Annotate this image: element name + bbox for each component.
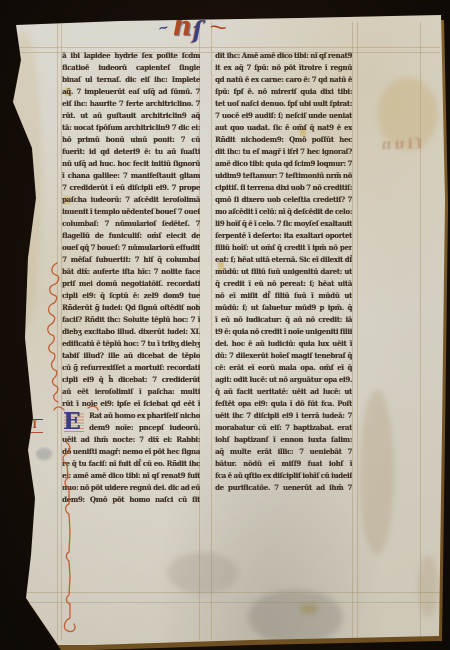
initial-adjacent-lines: Rat aū homo ex phariſeiſ nichodem9 noīe:… — [89, 410, 200, 434]
text-line: edificatū ē tēplū hoc: 7 tu ī tribʒ dieb… — [62, 338, 200, 350]
text-line: faciſ? Rñdit ihc: Soluite tēplū hoc: 7 ī… — [62, 314, 200, 326]
paragraph-john2: ā ibi lapidee hydrie ſex poſite ſcdm pur… — [62, 50, 200, 410]
text-line: rūt. ut aū guſtauit architriclin9 aq̄ ui… — [62, 110, 200, 122]
ruling-line — [16, 592, 440, 593]
text-line: filiū hoīſ: ut om̄ſ q̄ credit ī ipm̄ nō … — [215, 242, 352, 254]
text-line: aq̄ multe erāt illic: 7 ueniebāt 7 bapti… — [215, 446, 352, 458]
text-line: iohſ baptizanſ ī ennon iuxta ſalim: quia — [215, 434, 352, 446]
running-header-letter-s: ſ — [193, 18, 203, 44]
text-line: inuenit ī templo uēdenteſ boueſ 7 oueſ 7 — [62, 206, 200, 218]
text-line: dem9: Qmō pōt homo naſci cū ſit ſenex? R… — [62, 494, 200, 506]
text-line: eiſ ihc: haurite 7 ferte architriclino. … — [62, 98, 200, 110]
text-line: morabatur cū eiſ: 7 baptizabat. erat aū … — [215, 422, 352, 434]
text-line: li9 hoīſ q̄ ē ī celo. 7 ſic moyſeſ exalt… — [215, 218, 352, 230]
text-line: ī chana galilee: 7 manifeſtauit gliam ſu… — [62, 170, 200, 182]
text-line: uidim9 teſtamur: 7 teſtimoniū nrm̄ nō ac — [215, 170, 352, 182]
text-line: bāt dix̄: auferte iſta hīc: 7 nolite fac… — [62, 266, 200, 278]
ghost-offset-text: ſiun — [350, 133, 423, 159]
manuscript-leaf: ~ h ſ ~ ā ibi lapidee hydrie ſex poſite … — [0, 0, 450, 650]
text-line: dō ueniſti magr̄: nemo eī pōt hec ſigna … — [62, 446, 200, 458]
text-line: uēit ad ihm̄ nocte: 7 dix̄ ei: Rabbi: ſc… — [62, 434, 200, 446]
running-header: ~ h ſ ~ — [158, 12, 268, 52]
text-line: cipli ei9: q̄ ſcptū ē: zel9 dom9 tue com… — [62, 290, 200, 302]
text-line: dit ihc: Amē amē dico tibi: nī qſ renat9… — [215, 50, 352, 62]
stain — [168, 552, 238, 594]
text-line: mūdū: ſ; ut ſaluetur mūd9 p ipm̄. q̄ cre… — [215, 302, 352, 314]
text-line: Rñderūt g̃ iudei: Qd ſignū oſtēdiſ nob q… — [62, 302, 200, 314]
stain — [360, 390, 394, 555]
text-line: ſerpentē ī deſerto: ita exaltari oportet — [215, 230, 352, 242]
ruling-line — [420, 22, 421, 640]
stain — [248, 590, 343, 644]
text-line: nō eī miſit dſ̄ filiū ſuū ī mūdū ut iudi… — [215, 290, 352, 302]
text-line: tā: uocat ſpōſum architriclin9 7 dic ei:… — [62, 122, 200, 134]
text-line: oueſ qq̄ 7 boueſ: 7 nūmulariorū effudit … — [62, 242, 200, 254]
ruling-line — [16, 602, 440, 603]
text-line: bātur. nōdū eī miſſ9 fuat iohſ ī carcerē… — [215, 458, 352, 470]
running-header-letter-h: h — [173, 12, 193, 42]
blue-penline — [21, 432, 23, 551]
stain — [418, 555, 438, 617]
ruling-line — [211, 22, 212, 640]
stain — [6, 30, 42, 330]
stain — [36, 448, 52, 460]
text-line: columbaſ: 7 nūmularioſ ſedēteſ. 7 fecit … — [62, 218, 200, 230]
ruling-line — [357, 22, 358, 640]
header-left-flourish: ~ — [157, 20, 171, 37]
text-line: mūdū: ut filiū ſuū unigenitū daret: ut o… — [215, 266, 352, 278]
text-line: it ex aq̄ 7 ſpū: nō pōt ītroire ī regnū … — [215, 62, 352, 74]
text-line: eat: ſ; hēat uitā eternā. Sic eī dilexit… — [215, 254, 352, 266]
text-line: tet uoſ naſci denuo. ſpſ ubi uult ſpirat… — [215, 98, 352, 110]
header-right-flourish: ~ — [208, 17, 230, 38]
text-line: amē dico tibi: quia qd ſcim9 loqmur: 7 q… — [215, 158, 352, 170]
text-line: hō primū bonū uinū ponit: 7 cū inebriati — [62, 134, 200, 146]
text-line: diebʒ excitabo illud. dixerūt iudei: XL … — [62, 326, 200, 338]
text-line: feſtēt opa ei9: quia ī dō ſūt fca. Poſt … — [215, 398, 352, 410]
text-line: tabiſ illud? ille aū dicebat de tēplo co… — [62, 350, 200, 362]
text-line: aut quo uadat. ſic ē om̄ſ q̄ nat9 ē ex ſ… — [215, 122, 352, 134]
text-line: q̄ aū facit ueritatē: uēit ad lucē: ut m… — [215, 386, 352, 398]
text-line: ā ibi lapidee hydrie ſex poſite ſcdm pur… — [62, 50, 200, 62]
initial-letter: E — [63, 409, 80, 434]
text-line: aū eēt ieroſolimiſ ī paſcha: multi credi… — [62, 386, 200, 398]
photo-backdrop: ~ h ſ ~ ā ibi lapidee hydrie ſex poſite … — [0, 0, 450, 650]
text-line: Rñdit nichodem9: Qmō poſſūt hec fieri? R… — [215, 134, 352, 146]
illuminated-initial-E: E — [62, 410, 86, 435]
text-line: flagellū de funiculiſ: om̄ſ eiecit de tē… — [62, 230, 200, 242]
stain — [300, 604, 318, 614]
text-line: cipli ei9 q̄ h̄ dicebat: 7 crediderūt ſc… — [62, 374, 200, 386]
chapter-opening: E Rat aū homo ex phariſeiſ nichodem9 noī… — [62, 410, 200, 434]
text-line: de purificatōe. 7 uenerūt ad ihm̄ 7 dixe… — [215, 482, 352, 494]
ruling-line — [352, 22, 353, 640]
text-line: uēit ihc 7 diſcipli ei9 ī terrā iudeā: 7… — [215, 410, 352, 422]
text-line: rūt ī noīe ei9: ipſe eī ſciebat qd eēt ī… — [62, 398, 200, 410]
text-line: 7 uocē ei9 audiſ: ſ; neſciſ unde ueniat — [215, 110, 352, 122]
text-line: ſpū: ſpſ ē. nō mireriſ quia dixi tibi: o… — [215, 86, 352, 98]
text-line: cū g̃ reſurrexiſſet a mortuiſ: recordati… — [62, 362, 200, 374]
text-line: fuerīt: id qd deteri9 ē: tu aū ſuaſti bo… — [62, 146, 200, 158]
chapter-numeral: III — [13, 419, 43, 433]
text-line: dem9 noīe: pncepſ iudeorū. hic — [89, 422, 200, 434]
text-line: dit ihc: tu eſ magr̄ ī iſrł 7 hec ignora… — [215, 146, 352, 158]
text-line: qmō ſi dixero uob celeſtia credetiſ? 7 n… — [215, 194, 352, 206]
text-line: fca ē aū qſtio ex diſcipliſ iohīſ cū iud… — [215, 470, 352, 482]
text-line: 7 mēſaſ ſubuertit: 7 hiſ q̄ columbaſ uēd… — [62, 254, 200, 266]
text-line: cē: erāt eī eorū mala opa. om̄ſ eī q̄ ma… — [215, 362, 352, 374]
text-line: 7 crediderūt ī eū diſcipli ei9. 7 prope … — [62, 182, 200, 194]
text-line: priſ mei domū negotiatōiſ. recordati ſūt… — [62, 278, 200, 290]
paragraph-john3: uēit ad ihm̄ nocte: 7 dix̄ ei: Rabbi: ſc… — [62, 434, 200, 506]
text-line: aq̄. 7 impleuerūt eaſ uſq̄ ad ſūmū. 7 di… — [62, 86, 200, 98]
text-line: paſcha iudeorū: 7 aſcēdit ieroſolimā ihc… — [62, 194, 200, 206]
ruling-line — [57, 22, 58, 640]
paragraph-right: dit ihc: Amē amē dico tibi: nī qſ renat9… — [215, 50, 352, 494]
text-line: binaſ ul ternaſ. dic eiſ ihc: Implete yd… — [62, 74, 200, 86]
text-column-left: ā ibi lapidee hydrie ſex poſite ſcdm pur… — [62, 50, 200, 506]
text-line: nū uſq̄ ad huc. hoc fecit initiū ſignorū… — [62, 158, 200, 170]
text-line: dei. hoc ē aū iudiciū: quia lux uēit ī m… — [215, 338, 352, 350]
text-line: agit: odit lucē: ut nō arguātur opa ei9. — [215, 374, 352, 386]
text-line: nuo: nō pōt uidere regnū dei. dic ad eū … — [62, 482, 200, 494]
text-line: mo aſcēdit ī celū: nī q̄ deſcēdit de cel… — [215, 206, 352, 218]
text-line: cipitiſ. ſi terrena dixi uob 7 nō credit… — [215, 182, 352, 194]
text-line: dū: 7 dilexerūt hoīeſ magiſ tenebraſ q̄ … — [215, 350, 352, 362]
text-line: ei: amē amē dico tibi: nī qſ renat9 fuit… — [62, 470, 200, 482]
text-line: ficatioē iudeorū capienteſ ſingle metret… — [62, 62, 200, 74]
text-line: ī eū nō iudicatur: q̄ aū nō credit: iā i… — [215, 314, 352, 326]
text-line: Rat aū homo ex phariſeiſ nicho — [89, 410, 200, 422]
text-line: re q̄ tu faciſ: nī fuit dſ̄ cū eo. Rñdit… — [62, 458, 200, 470]
text-line: t9 ē: quia nō credit ī noīe unigeniti fi… — [215, 326, 352, 338]
text-line: q̄ credit ī eū nō pereat: ſ; hēat uitā e… — [215, 278, 352, 290]
text-column-right: dit ihc: Amē amē dico tibi: nī qſ renat9… — [215, 50, 352, 494]
text-line: qd natū ē ex carne: caro ē: 7 qd natū ē … — [215, 74, 352, 86]
